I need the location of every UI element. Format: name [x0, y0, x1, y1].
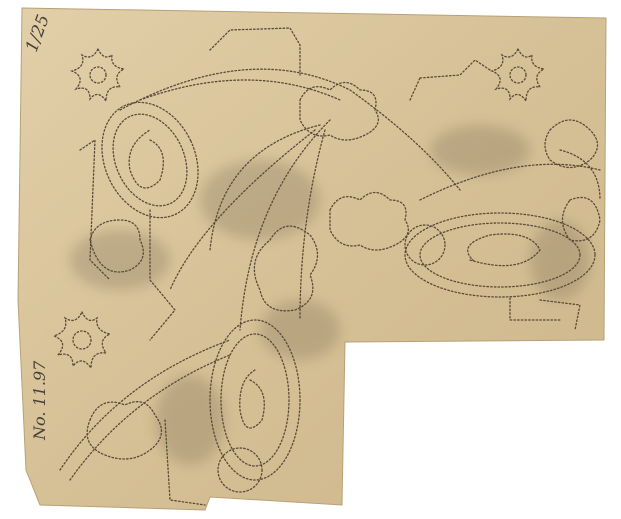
pattern-image: 1/25 No. 11.97 — [0, 0, 621, 519]
handwritten-note-left: No. 11.97 — [30, 361, 49, 440]
pounce-pattern — [0, 0, 621, 519]
